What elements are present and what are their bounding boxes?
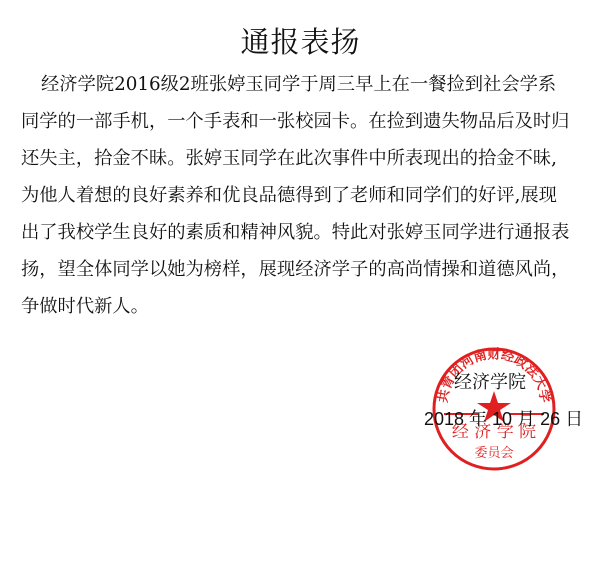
document-body: 经济学院2016级2班张婷玉同学于周三早上在一餐捡到社会学系 同学的一部手机，一… [21,66,581,325]
body-line: 还失主，拾金不昧。张婷玉同学在此次事件中所表现出的拾金不昧, [21,140,581,177]
body-line: 争做时代新人。 [21,288,581,325]
body-line: 经济学院2016级2班张婷玉同学于周三早上在一餐捡到社会学系 [21,66,581,103]
document-title: 通报表扬 [0,20,601,61]
signature-organization: 经济学院 [454,368,526,394]
signature-date: 2018 年 10 月 26 日 [424,405,583,431]
body-line: 为他人着想的良好素养和优良品德得到了老师和同学们的好评,展现 [21,177,581,214]
body-line: 扬，望全体同学以她为榜样，展现经济学子的高尚情操和道德风尚， [21,251,581,288]
body-line: 同学的一部手机，一个手表和一张校园卡。在捡到遗失物品后及时归 [21,103,581,140]
body-line: 出了我校学生良好的素质和精神风貌。特此对张婷玉同学进行通报表 [21,214,581,251]
stamp-bottom-text: 委员会 [474,446,513,461]
